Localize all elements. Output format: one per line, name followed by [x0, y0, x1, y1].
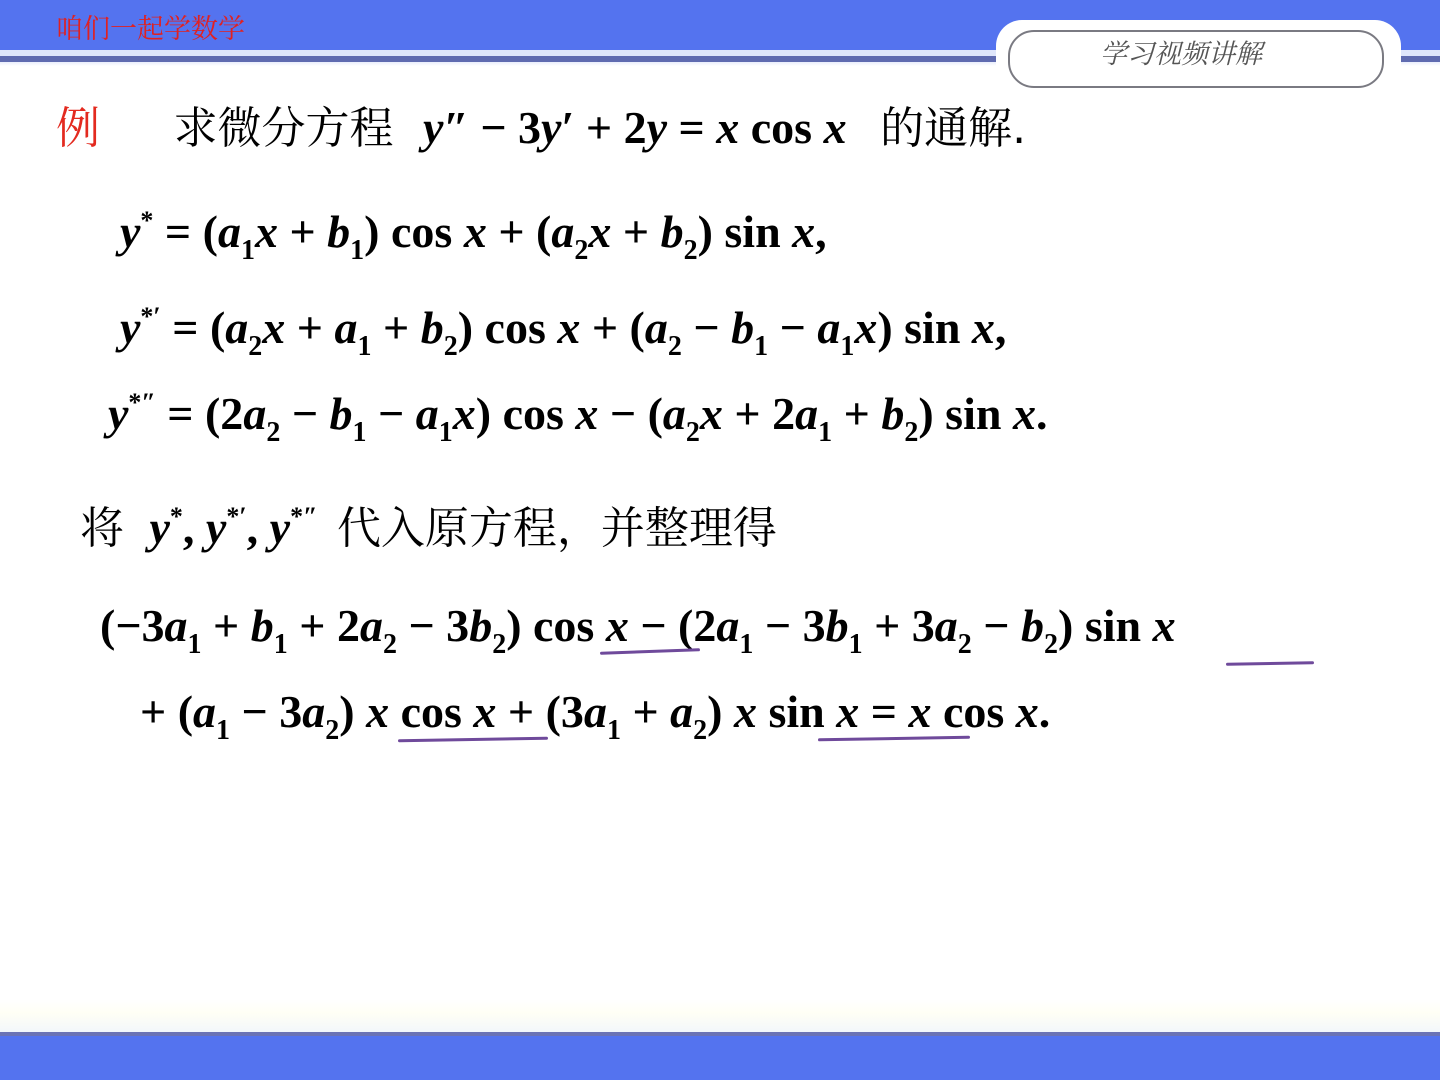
substitution-terms: y*, y*′, y*″ [150, 502, 318, 553]
problem-suffix: 的通解. [880, 103, 1026, 154]
derivation-line-3: y*″ = (2a2 − b1 − a1x) cos x − (a2x + 2a… [108, 386, 1047, 442]
substitution-text: 代入原方程，并整理得 [337, 503, 777, 554]
derivation-line-1: y* = (a1x + b1) cos x + (a2x + b2) sin x… [120, 204, 827, 260]
problem-equation: y″ − 3y′ + 2y = x cos x [423, 102, 847, 153]
result-line-2: + (a1 − 3a2) x cos x + (3a1 + a2) x sin … [140, 684, 1050, 740]
brand-title: 咱们一起学数学 [56, 12, 245, 48]
derivation-line-2: y*′ = (a2x + a1 + b2) cos x + (a2 − b1 −… [120, 300, 1006, 356]
example-label: 例 [56, 103, 100, 154]
substitution-sentence: 将 y*, y*′, y*″ 代入原方程，并整理得 [80, 500, 777, 557]
problem-prompt: 求微分方程 [174, 103, 394, 154]
footer-band [0, 1036, 1440, 1080]
problem-statement: 例 求微分方程 y″ − 3y′ + 2y = x cos x 的通解. [56, 100, 1026, 157]
underline-sin-x [1226, 661, 1314, 666]
result-line-1: (−3a1 + b1 + 2a2 − 3b2) cos x − (2a1 − 3… [100, 598, 1176, 654]
header-tab-label: 学习视频讲解 [1100, 37, 1262, 73]
substitution-prefix: 将 [80, 503, 124, 554]
footer-fade [0, 1000, 1440, 1032]
